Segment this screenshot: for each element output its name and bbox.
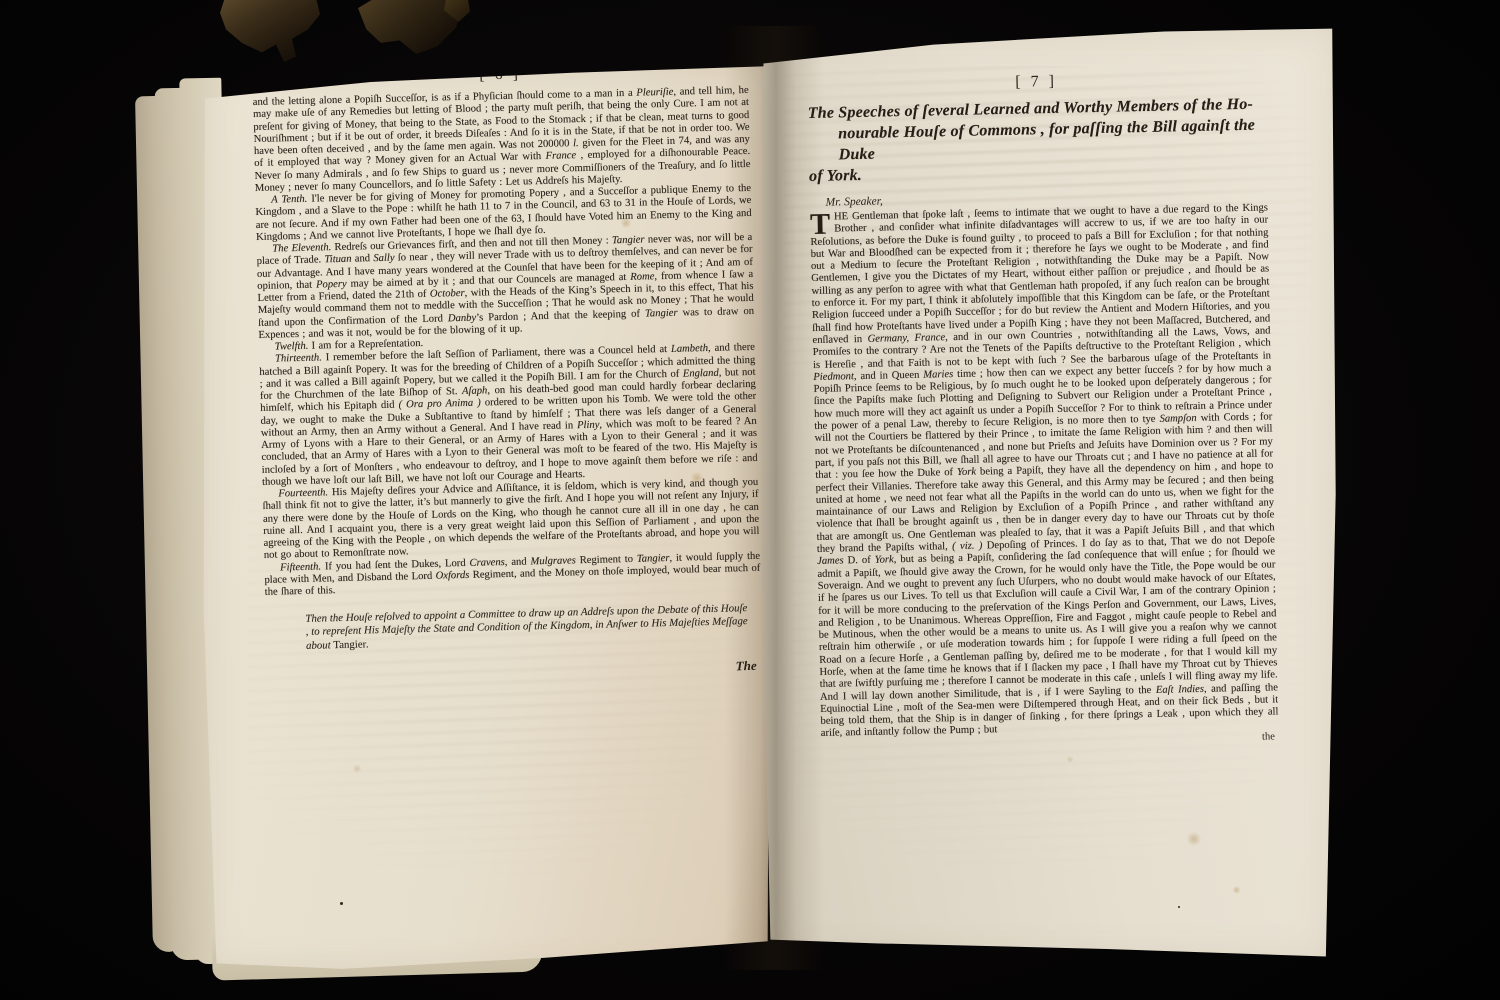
right-page-text-column: THE Gentleman that ſpoke laſt , ſeems to… (810, 202, 1279, 740)
right-folio-number: [ 7 ] (807, 68, 1265, 96)
book-photo: [ 6 ] and the letting alone a Popiſh Suc… (0, 0, 1500, 1000)
paragraph: Thirteenth. I remember before the laſt S… (259, 342, 758, 489)
left-catchword: The (267, 658, 763, 686)
right-page-text-block: [ 7 ] The Speeches of ſeveral Learned an… (807, 68, 1279, 751)
left-folio-number: [ 6 ] (252, 60, 748, 90)
binding-fragment-left (220, 0, 320, 62)
left-page-text-column: and the letting alone a Popiſh Succeſſor… (253, 85, 761, 599)
speeches-title: The Speeches of ſeveral Learned and Wort… (808, 93, 1268, 187)
right-page: [ 7 ] The Speeches of ſeveral Learned an… (760, 22, 1338, 966)
resolution-note: Then the Houſe reſolved to appoint a Com… (305, 602, 748, 652)
paragraph: Fourteenth. His Majeſty deſires your Adv… (262, 477, 760, 563)
left-page: [ 6 ] and the letting alone a Popiſh Suc… (198, 58, 774, 980)
paragraph: and the letting alone a Popiſh Succeſſor… (253, 85, 751, 195)
left-page-text-block: [ 6 ] and the letting alone a Popiſh Suc… (252, 60, 763, 686)
paragraph: The Eleventh. Redreſs our Grievances fir… (256, 232, 754, 342)
drop-cap-T: T (810, 211, 835, 235)
